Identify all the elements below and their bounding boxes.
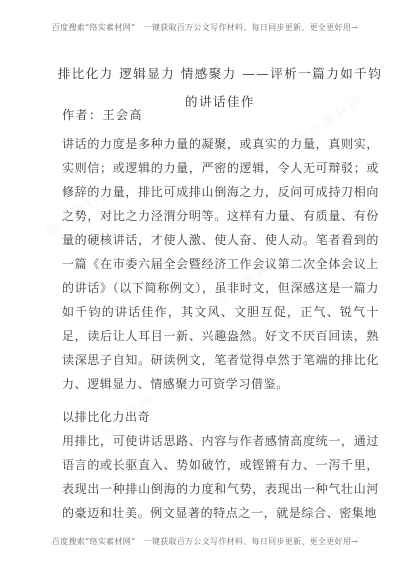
body-paragraph-1: 讲话的力度是多种力量的凝聚，或真实的力量，真则实，实则信；或逻辑的力量，严密的逻… xyxy=(62,132,379,396)
header-promo-note: 百度搜索“络实素材网” 一键获取百万公文写作材料、每日同步更新、更全更好用→ xyxy=(0,22,410,33)
document-page: 络实素材网 络实素材网 络实素材网 络实素材网 百度搜索“络实素材网” 一键获取… xyxy=(0,0,410,580)
document-body: 讲话的力度是多种力量的凝聚，或真实的力量，真则实，实则信；或逻辑的力量，严密的逻… xyxy=(62,132,379,525)
document-title-line1: 排比化力 逻辑显力 情感聚力 ——评析一篇力如千钧 xyxy=(55,60,385,88)
author-line: 作者：王会高 xyxy=(62,106,382,123)
body-paragraph-2: 用排比，可使讲话思路、内容与作者感情高度统一，通过语言的或长驱直入、势如破竹，或… xyxy=(62,429,379,525)
footer-promo-note: 百度搜索“络实素材网” 一键获取百万公文写作材料、每日同步更新、更全更好用→ xyxy=(0,536,410,547)
section-heading: 以排比化力出奇 xyxy=(62,405,379,429)
